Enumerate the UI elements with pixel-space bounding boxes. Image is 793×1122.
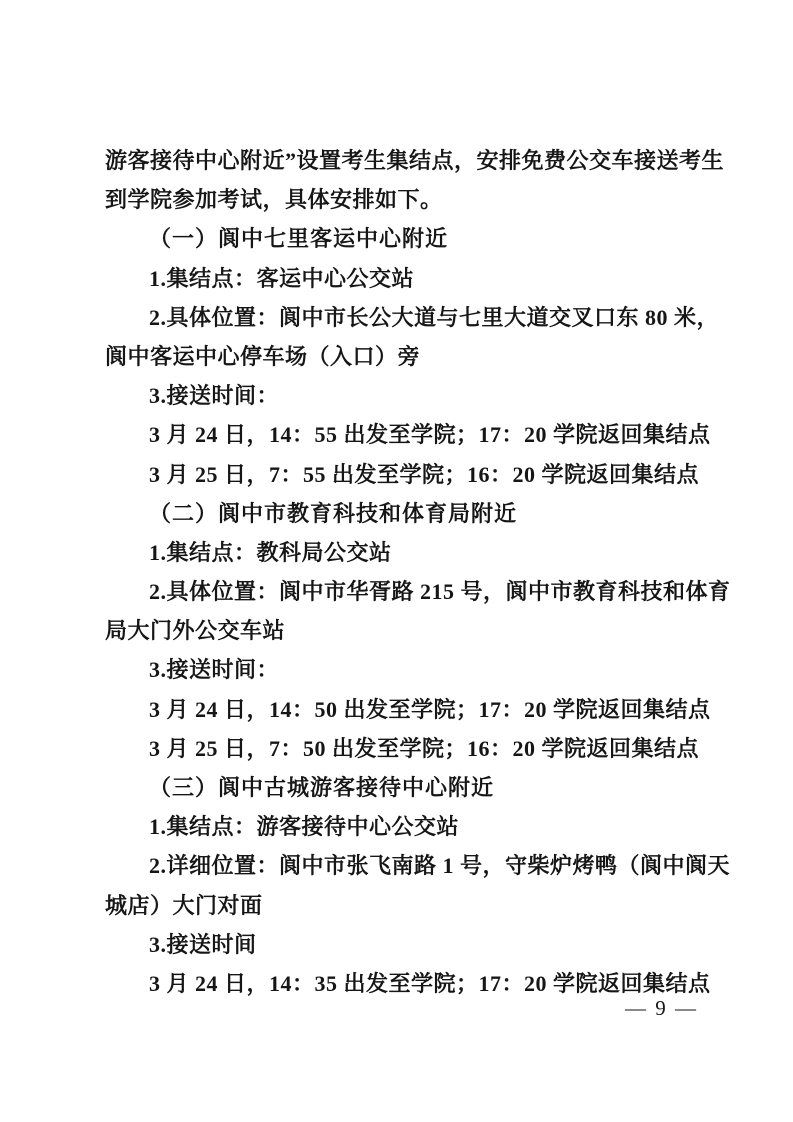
text-line: 3.接送时间 xyxy=(105,925,702,964)
document-page: 游客接待中心附近”设置考生集结点，安排免费公交车接送考生 到学院参加考试，具体安… xyxy=(0,0,793,1122)
text-line: 到学院参加考试，具体安排如下。 xyxy=(105,180,702,219)
text-line: 3 月 24 日，14：50 出发至学院；17：20 学院返回集结点 xyxy=(105,690,702,729)
text-line: 2.具体位置：阆中市华胥路 215 号，阆中市教育科技和体育 xyxy=(105,572,702,611)
text-line: 城店）大门对面 xyxy=(105,886,702,925)
text-line: 3.接送时间： xyxy=(105,650,702,689)
text-line: 局大门外公交车站 xyxy=(105,611,702,650)
text-line: 1.集结点：教科局公交站 xyxy=(105,533,702,572)
text-line: 3 月 24 日，14：55 出发至学院；17：20 学院返回集结点 xyxy=(105,415,702,454)
section-heading-1: （一）阆中七里客运中心附近 xyxy=(105,219,702,258)
text-line: 2.具体位置：阆中市长公大道与七里大道交叉口东 80 米， xyxy=(105,298,702,337)
page-number: — 9 — xyxy=(625,996,698,1021)
text-line: 3.接送时间： xyxy=(105,376,702,415)
text-line: 3 月 25 日，7：50 出发至学院；16：20 学院返回集结点 xyxy=(105,729,702,768)
text-line: 2.详细位置：阆中市张飞南路 1 号，守柴炉烤鸭（阆中阆天 xyxy=(105,846,702,885)
section-heading-2: （二）阆中市教育科技和体育局附近 xyxy=(105,494,702,533)
text-line: 3 月 25 日，7：55 出发至学院；16：20 学院返回集结点 xyxy=(105,455,702,494)
text-line: 游客接待中心附近”设置考生集结点，安排免费公交车接送考生 xyxy=(105,141,702,180)
document-body: 游客接待中心附近”设置考生集结点，安排免费公交车接送考生 到学院参加考试，具体安… xyxy=(105,141,702,1003)
text-line: 1.集结点：游客接待中心公交站 xyxy=(105,807,702,846)
text-line: 阆中客运中心停车场（入口）旁 xyxy=(105,337,702,376)
text-line: 1.集结点：客运中心公交站 xyxy=(105,259,702,298)
text-line: 3 月 24 日，14：35 出发至学院；17：20 学院返回集结点 xyxy=(105,964,702,1003)
section-heading-3: （三）阆中古城游客接待中心附近 xyxy=(105,768,702,807)
